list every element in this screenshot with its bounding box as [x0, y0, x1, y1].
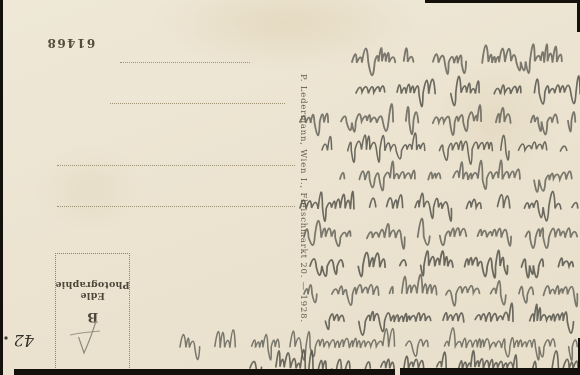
pencil-checkmark: [79, 321, 97, 353]
pencil-number: 42: [14, 331, 35, 350]
scan-edge-bottom: [400, 368, 580, 375]
pencil-dot: [4, 336, 7, 339]
scan-edge-top: [425, 0, 580, 3]
pencil-dash: [70, 331, 100, 335]
scan-edge-bottom: [14, 369, 395, 375]
pencil-annotations: 42: [0, 0, 580, 375]
postcard-back: 61468 B Edle Photographie P. Ledermann, …: [0, 0, 580, 375]
scan-edge-left: [0, 0, 3, 375]
